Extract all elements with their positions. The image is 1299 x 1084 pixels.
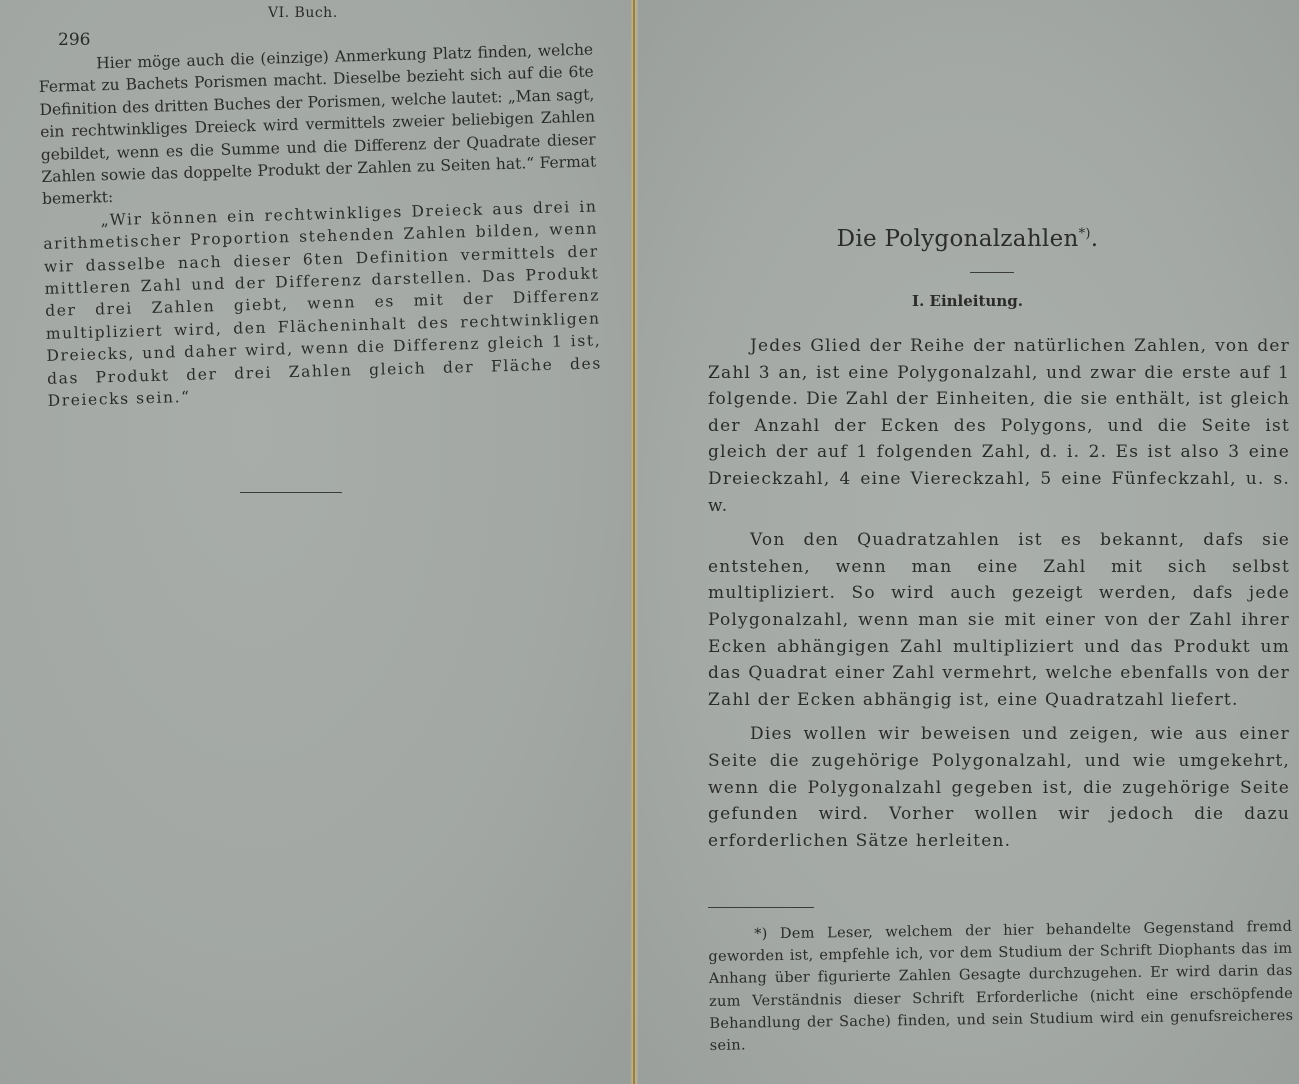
section-title: I. Einleitung. [636, 292, 1299, 310]
paragraph: Hier möge auch die (einzige) Anmerkung P… [38, 39, 597, 211]
page-number: 296 [58, 30, 90, 50]
book-gutter [630, 0, 638, 1084]
chapter-title-period: . [1091, 226, 1099, 252]
paragraph: Von den Quadratzahlen ist es bekannt, da… [708, 527, 1290, 713]
footnote-rule [708, 907, 814, 908]
footnote-text: *) Dem Leser, welchem der hier behandelt… [708, 916, 1294, 1057]
right-page-text: Jedes Glied der Reihe der natürlichen Za… [708, 333, 1290, 862]
left-page-text: Hier möge auch die (einzige) Anmerkung P… [38, 39, 603, 413]
footnote: *) Dem Leser, welchem der hier behandelt… [708, 916, 1294, 1057]
chapter-title: Die Polygonalzahlen*). [636, 226, 1299, 252]
paragraph: Dies wollen wir beweisen und zeigen, wie… [708, 721, 1290, 854]
chapter-title-text: Die Polygonalzahlen [837, 226, 1079, 252]
book-spread: VI. Buch. 296 Hier möge auch die (einzig… [0, 0, 1299, 1084]
footnote-mark: *) [1079, 226, 1091, 241]
running-head: VI. Buch. [268, 5, 338, 21]
title-rule [970, 272, 1014, 273]
paragraph-fermat-quote: „Wir können ein rechtwinkliges Dreieck a… [42, 195, 602, 412]
section-end-rule [240, 492, 342, 493]
paragraph: Jedes Glied der Reihe der natürlichen Za… [708, 333, 1290, 519]
